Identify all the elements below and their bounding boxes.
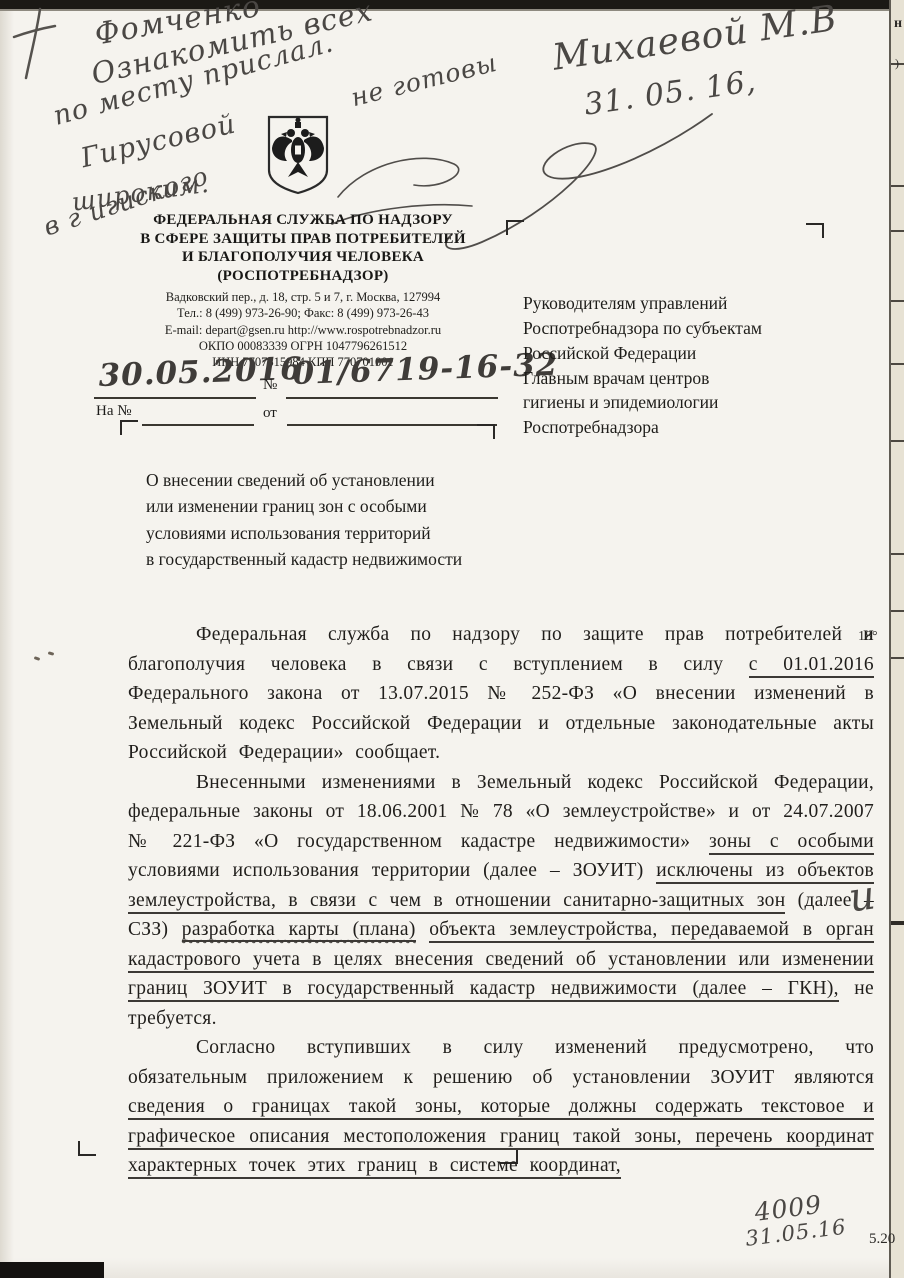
edge-line [891, 553, 904, 555]
edge-text-fragment: н [894, 16, 902, 32]
edge-line [891, 300, 904, 302]
subject-block: О внесении сведений об установлении или … [146, 467, 516, 572]
edge-text-fragment: ) [895, 56, 899, 71]
pen-dot [48, 651, 55, 655]
scanned-letter-page: Фомченко Ознакомить всех по месту присла… [0, 0, 904, 1278]
body-text-segment: Согласно вступивших в силу изменений пре… [128, 1037, 874, 1088]
underlying-page-edge [889, 0, 904, 1278]
russia-coat-of-arms-emblem [262, 112, 334, 198]
from-field-line [287, 424, 497, 426]
underlined-text-segment: с 01.01.2016 [749, 654, 874, 678]
body-text-segment [416, 919, 430, 940]
addressee-block: Руководителям управлений Роспотребнадзор… [523, 291, 833, 440]
edge-text-fragment: 5.20 [869, 1231, 895, 1248]
date-field-line [94, 397, 256, 399]
pen-dot [34, 656, 41, 661]
body-text-segment: условиями использования территории (дале… [128, 860, 656, 881]
reply-to-label: На № [96, 403, 132, 420]
edge-line [891, 657, 904, 659]
scan-corner-black [0, 1262, 104, 1278]
pen-cross-mark [10, 6, 60, 84]
body-text-segment: Федерального закона от 13.07.2015 № 252-… [128, 683, 874, 763]
number-sign-label: № [263, 377, 277, 394]
body-paragraph-3: Согласно вступивших в силу изменений пре… [128, 1033, 874, 1181]
body-paragraph-2: Внесенными изменениями в Земельный кодек… [128, 768, 874, 1034]
handwritten-reviewer-name: Михаевой М.В [550, 0, 840, 79]
underlined-text-segment: зоны с особыми [709, 831, 874, 855]
letter-body: Федеральная служба по надзору по защите … [128, 620, 874, 1181]
corner-mark [78, 1141, 96, 1156]
underlined-text-segment: разработка карты (плана) [182, 919, 416, 942]
edge-line [891, 921, 904, 925]
corner-mark [806, 223, 824, 238]
edge-line [891, 230, 904, 232]
edge-line [891, 440, 904, 442]
edge-text-fragment: 18° [858, 629, 878, 645]
edge-line [891, 185, 904, 187]
corner-mark [506, 220, 524, 235]
from-label: от [263, 405, 277, 422]
body-paragraph-1: Федеральная служба по надзору по защите … [128, 620, 874, 768]
org-name-block: ФЕДЕРАЛЬНАЯ СЛУЖБА ПО НАДЗОРУ В СФЕРЕ ЗА… [110, 211, 496, 285]
corner-mark [120, 420, 138, 435]
edge-line [891, 363, 904, 365]
underlined-text-segment: сведения о границах такой зоны, которые … [128, 1096, 874, 1179]
reply-to-field-line [142, 424, 254, 426]
edge-line [891, 610, 904, 612]
corner-mark [477, 424, 495, 439]
number-field-line [286, 397, 498, 399]
